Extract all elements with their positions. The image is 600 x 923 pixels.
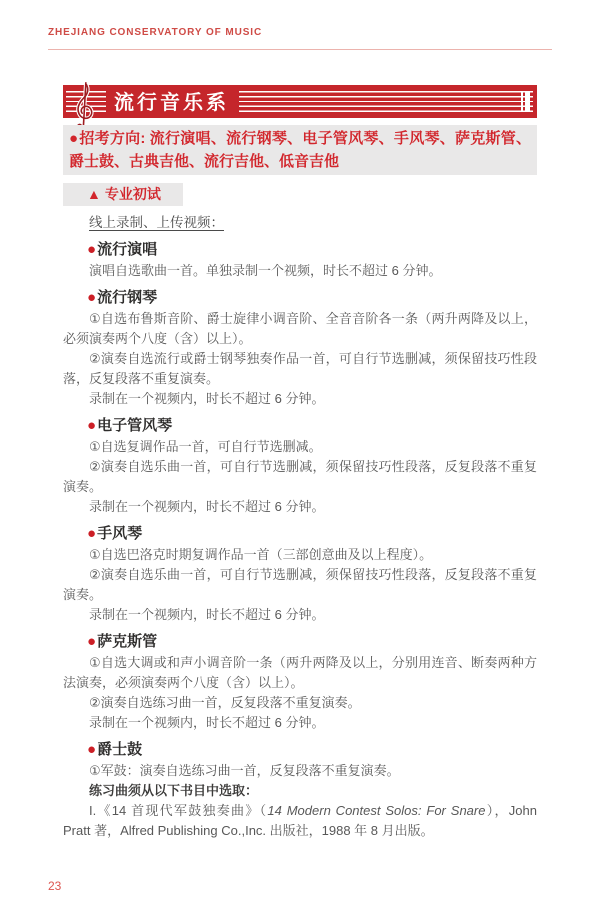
section-paragraph: ②演奏自选流行或爵士钢琴独奏作品一首，可自行节选删减，须保留技巧性段落，反复段落… [63,349,537,389]
bullet-icon: ● [87,289,96,306]
staff-lines-icon [239,91,533,112]
section-paragraph: ①自选大调或和声小调音阶一条（两升两降及以上，分别用连音、断奏两种方法演奏，必须… [63,653,537,693]
section-saxophone: ●萨克斯管 ①自选大调或和声小调音阶一条（两升两降及以上，分别用连音、断奏两种方… [63,631,537,733]
bullet-icon: ● [87,241,96,258]
department-banner: 流行音乐系 [63,85,537,118]
section-heading: ●流行钢琴 [63,287,537,308]
bullet-icon: ● [87,525,96,542]
section-paragraph: 录制在一个视频内，时长不超过 6 分钟。 [63,605,537,625]
section-title: 手风琴 [97,525,142,542]
section-pop-piano: ●流行钢琴 ①自选布鲁斯音阶、爵士旋律小调音阶、全音音阶各一条（两升两降及以上，… [63,287,537,409]
section-paragraph: ②演奏自选练习曲一首，反复段落不重复演奏。 [63,693,537,713]
section-title: 电子管风琴 [97,417,172,434]
repertoire-note: 练习曲须从以下书目中选取： [63,781,537,801]
section-paragraph: ①自选布鲁斯音阶、爵士旋律小调音阶、全音音阶各一条（两升两降及以上，必须演奏两个… [63,309,537,349]
intro-line: 线上录制、上传视频： [63,213,537,233]
section-electronic-organ: ●电子管风琴 ①自选复调作品一首，可自行节选删减。 ②演奏自选乐曲一首，可自行节… [63,415,537,517]
section-heading: ●爵士鼓 [63,739,537,760]
book-prefix: I.《14 首现代军鼓独奏曲》（ [89,803,267,818]
page-content: ●招考方向: 流行演唱、流行钢琴、电子管风琴、手风琴、萨克斯管、爵士鼓、古典吉他… [63,125,537,841]
section-paragraph: 录制在一个视频内，时长不超过 6 分钟。 [63,713,537,733]
section-paragraph: ②演奏自选乐曲一首，可自行节选删减，须保留技巧性段落，反复段落不重复演奏。 [63,457,537,497]
section-jazz-drums: ●爵士鼓 ①军鼓：演奏自选练习曲一首，反复段落不重复演奏。 练习曲须从以下书目中… [63,739,537,841]
section-heading: ●电子管风琴 [63,415,537,436]
section-heading: ●手风琴 [63,523,537,544]
section-paragraph: 录制在一个视频内，时长不超过 6 分钟。 [63,497,537,517]
conservatory-name: ZHEJIANG CONSERVATORY OF MUSIC [48,27,262,38]
section-paragraph: ①自选复调作品一首，可自行节选删减。 [63,437,537,457]
section-accordion: ●手风琴 ①自选巴洛克时期复调作品一首（三部创意曲及以上程度）。 ②演奏自选乐曲… [63,523,537,625]
section-heading: ●流行演唱 [63,239,537,260]
bullet-icon: ● [87,633,96,650]
barline-thin [521,91,523,112]
triangle-icon: ▲ [87,186,101,202]
barline-thick [525,91,530,112]
section-paragraph: 演唱自选歌曲一首。单独录制一个视频，时长不超过 6 分钟。 [63,261,537,281]
section-paragraph: ①自选巴洛克时期复调作品一首（三部创意曲及以上程度）。 [63,545,537,565]
bullet-icon: ● [87,741,96,758]
intro-text: 线上录制、上传视频： [89,215,224,230]
header-divider [48,49,552,50]
book-title-english: 14 Modern Contest Solos: For Snare [267,803,485,818]
bullet-icon: ● [69,130,78,147]
page-number: 23 [48,879,61,893]
department-title: 流行音乐系 [114,86,229,115]
section-title: 萨克斯管 [97,633,157,650]
bullet-icon: ● [87,417,96,434]
section-title: 爵士鼓 [97,741,142,758]
section-heading: ●萨克斯管 [63,631,537,652]
section-paragraph: ①军鼓：演奏自选练习曲一首，反复段落不重复演奏。 [63,761,537,781]
section-paragraph: ②演奏自选乐曲一首，可自行节选删减，须保留技巧性段落，反复段落不重复演奏。 [63,565,537,605]
section-title: 流行演唱 [97,241,157,258]
admission-directions-text: 招考方向: 流行演唱、流行钢琴、电子管风琴、手风琴、萨克斯管、爵士鼓、古典吉他、… [69,130,531,170]
exam-stage-label: ▲专业初试 [63,183,183,206]
section-paragraph: 录制在一个视频内，时长不超过 6 分钟。 [63,389,537,409]
exam-stage-title: 专业初试 [105,186,161,202]
section-title: 流行钢琴 [97,289,157,306]
section-pop-vocal: ●流行演唱 演唱自选歌曲一首。单独录制一个视频，时长不超过 6 分钟。 [63,239,537,281]
admission-directions: ●招考方向: 流行演唱、流行钢琴、电子管风琴、手风琴、萨克斯管、爵士鼓、古典吉他… [63,125,537,175]
repertoire-book-line: I.《14 首现代军鼓独奏曲》（14 Modern Contest Solos:… [63,801,537,841]
staff-clef-area [66,91,106,112]
